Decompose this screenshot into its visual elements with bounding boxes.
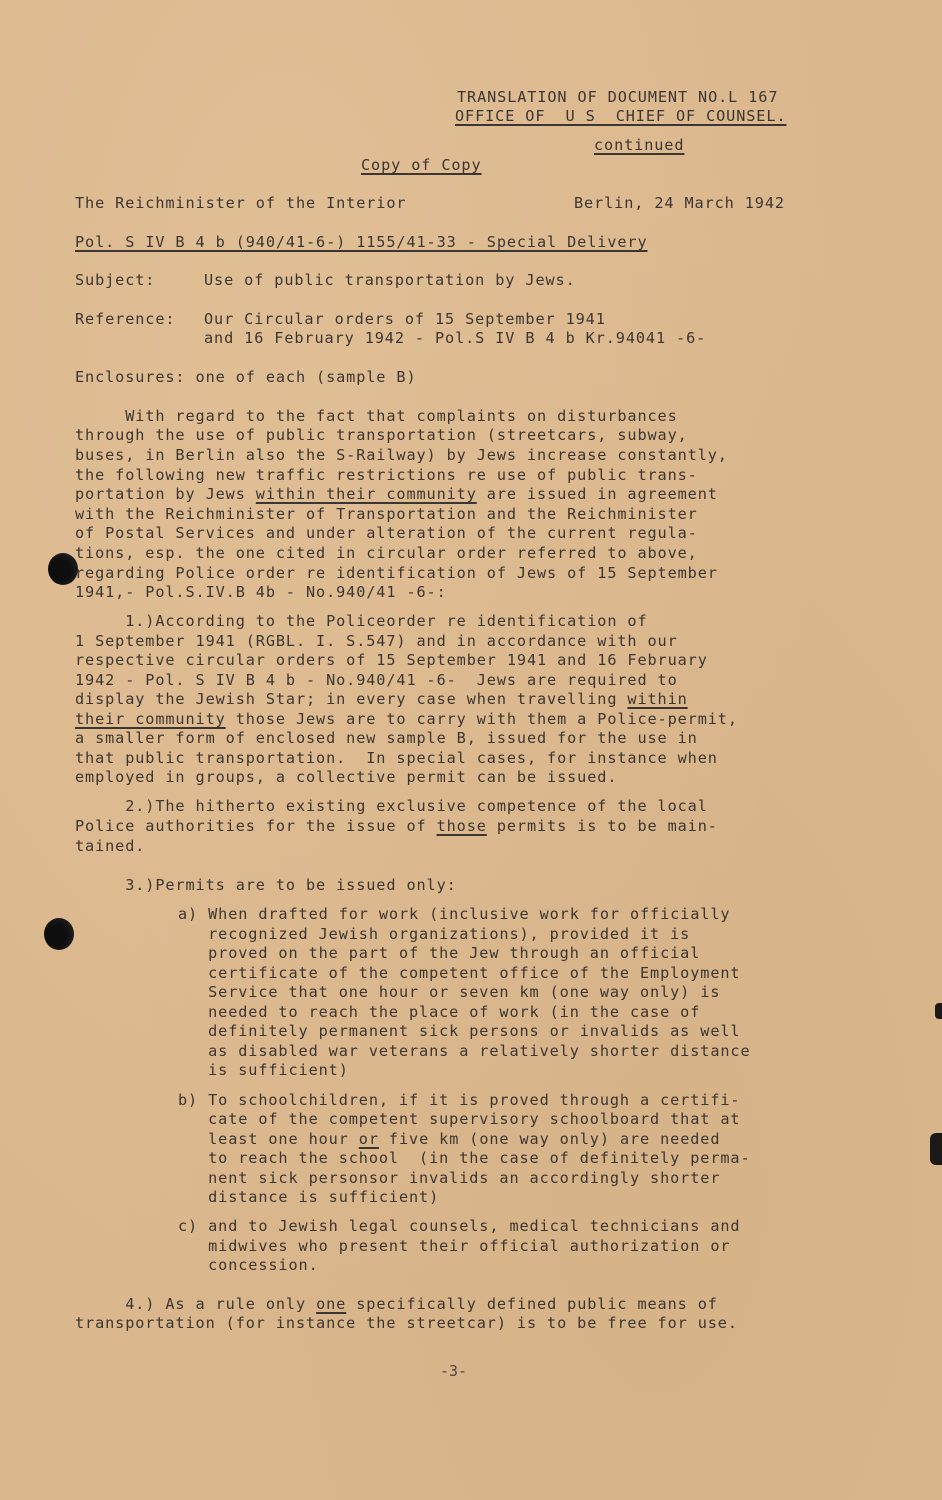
- intro-line: buses, in Berlin also the S-Railway) by …: [75, 446, 728, 466]
- para1-line: display the Jewish Star; in every case w…: [75, 690, 688, 710]
- para3b-line: to reach the school (in the case of defi…: [178, 1149, 751, 1169]
- edge-tear-mark: [935, 1003, 942, 1019]
- intro-text: portation by Jews: [75, 485, 256, 503]
- emphasis-those: those: [437, 817, 487, 835]
- para3b-text: least one hour: [178, 1130, 359, 1148]
- para2-text: Police authorities for the issue of: [75, 817, 437, 835]
- intro-line: tions, esp. the one cited in circular or…: [75, 544, 698, 564]
- para3b-line: cate of the competent supervisory school…: [178, 1110, 740, 1130]
- emphasis-their-community: their community: [75, 710, 226, 728]
- sender: The Reichminister of the Interior: [75, 194, 406, 214]
- para3c-line: c) and to Jewish legal counsels, medical…: [178, 1217, 740, 1237]
- para3b-text: five km (one way only) are needed: [379, 1130, 720, 1148]
- translation-heading: TRANSLATION OF DOCUMENT NO.L 167: [457, 88, 778, 108]
- intro-line: through the use of public transportation…: [75, 426, 688, 446]
- para1-line: 1 September 1941 (RGBL. I. S.547) and in…: [75, 632, 678, 652]
- edge-tear-mark: [930, 1133, 942, 1165]
- office-heading: OFFICE OF U S CHIEF OF COUNSEL.: [455, 107, 786, 127]
- para4-line: transportation (for instance the streetc…: [75, 1314, 738, 1334]
- para1-text: display the Jewish Star; in every case w…: [75, 690, 627, 708]
- para3a-line: certificate of the competent office of t…: [178, 964, 740, 984]
- emphasis-within-community: within their community: [256, 485, 477, 503]
- para2-line: 2.)The hitherto existing exclusive compe…: [75, 797, 708, 817]
- para3b-line: b) To schoolchildren, if it is proved th…: [178, 1091, 740, 1111]
- reference-label: Reference:: [75, 310, 175, 330]
- intro-line: With regard to the fact that complaints …: [75, 407, 678, 427]
- para3a-line: proved on the part of the Jew through an…: [178, 944, 700, 964]
- enclosures: Enclosures: one of each (sample B): [75, 368, 416, 388]
- para3a-line: recognized Jewish organizations), provid…: [178, 925, 690, 945]
- continued-label: continued: [594, 136, 684, 156]
- emphasis-or: or: [359, 1130, 379, 1148]
- intro-line: portation by Jews within their community…: [75, 485, 718, 505]
- punch-hole-mark: [48, 553, 78, 585]
- subject-text: Use of public transportation by Jews.: [204, 271, 576, 291]
- para3a-line: Service that one hour or seven km (one w…: [178, 983, 720, 1003]
- para4-line: 4.) As a rule only one specifically defi…: [75, 1295, 718, 1315]
- para1-line: 1942 - Pol. S IV B 4 b - No.940/41 -6- J…: [75, 671, 678, 691]
- para3a-line: is sufficient): [178, 1061, 349, 1081]
- intro-line: regarding Police order re identification…: [75, 564, 718, 584]
- place-date: Berlin, 24 March 1942: [574, 194, 785, 214]
- intro-text: are issued in agreement: [477, 485, 718, 503]
- para3a-line: a) When drafted for work (inclusive work…: [178, 905, 730, 925]
- emphasis-within: within: [627, 690, 687, 708]
- para3c-line: concession.: [178, 1256, 319, 1276]
- para1-line: 1.)According to the Policeorder re ident…: [75, 612, 648, 632]
- copy-label: Copy of Copy: [361, 156, 482, 176]
- para1-line: that public transportation. In special c…: [75, 749, 718, 769]
- para4-text: 4.) As a rule only: [75, 1295, 316, 1313]
- intro-line: with the Reichminister of Transportation…: [75, 505, 698, 525]
- para1-line: respective circular orders of 15 Septemb…: [75, 651, 708, 671]
- para3a-line: as disabled war veterans a relatively sh…: [178, 1042, 751, 1062]
- punch-hole-mark: [44, 918, 74, 950]
- para3b-line: distance is sufficient): [178, 1188, 439, 1208]
- para2-line: Police authorities for the issue of thos…: [75, 817, 718, 837]
- intro-line: 1941,- Pol.S.IV.B 4b - No.940/41 -6-:: [75, 583, 447, 603]
- intro-line: the following new traffic restrictions r…: [75, 466, 698, 486]
- para3c-line: midwives who present their official auth…: [178, 1237, 730, 1257]
- file-reference: Pol. S IV B 4 b (940/41-6-) 1155/41-33 -…: [75, 233, 648, 253]
- para3a-line: definitely permanent sick persons or inv…: [178, 1022, 740, 1042]
- reference-line-2: and 16 February 1942 - Pol.S IV B 4 b Kr…: [204, 329, 706, 349]
- para3b-line: least one hour or five km (one way only)…: [178, 1130, 720, 1150]
- emphasis-one: one: [316, 1295, 346, 1313]
- para3b-line: nent sick personsor invalids an accordin…: [178, 1169, 720, 1189]
- para2-line: tained.: [75, 837, 145, 857]
- para1-text: those Jews are to carry with them a Poli…: [226, 710, 738, 728]
- para1-line: a smaller form of enclosed new sample B,…: [75, 729, 698, 749]
- para4-text: specifically defined public means of: [346, 1295, 718, 1313]
- reference-line-1: Our Circular orders of 15 September 1941: [204, 310, 606, 330]
- para2-text: permits is to be main-: [487, 817, 718, 835]
- page-number: -3-: [440, 1362, 467, 1380]
- intro-line: of Postal Services and under alteration …: [75, 524, 698, 544]
- para1-line: their community those Jews are to carry …: [75, 710, 738, 730]
- para1-line: employed in groups, a collective permit …: [75, 768, 617, 788]
- para3a-line: needed to reach the place of work (in th…: [178, 1003, 700, 1023]
- subject-label: Subject:: [75, 271, 155, 291]
- para3-heading: 3.)Permits are to be issued only:: [75, 876, 457, 896]
